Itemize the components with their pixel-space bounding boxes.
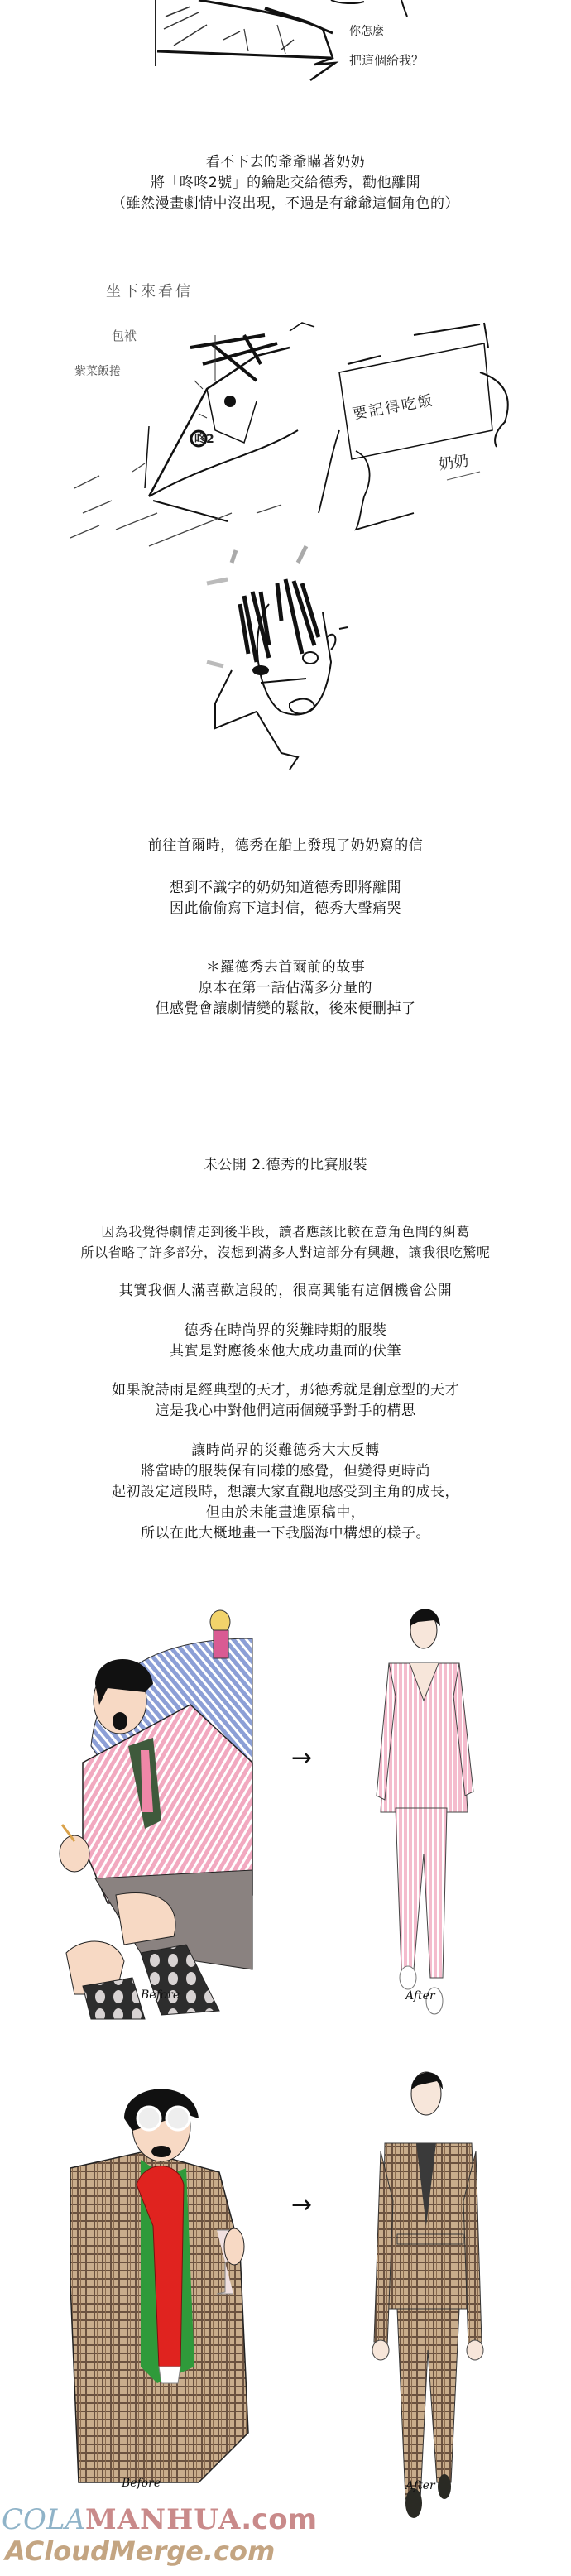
text-line: 其實我個人滿喜歡這段的，很高興能有這個機會公開 [0, 1281, 571, 1302]
arrow-right-icon: → [291, 2193, 312, 2218]
section-title-text: 未公開 2.德秀的比賽服裝 [0, 1155, 571, 1176]
after-label: After [405, 2479, 435, 2492]
paragraph-grandpa-key: 看不下去的爺爺瞞著奶奶 將「咚咚2號」的鑰匙交給德秀，勸他離開 （雖然漫畫劇情中… [0, 152, 571, 214]
paragraph-happy-to-share: 其實我個人滿喜歡這段的，很高興能有這個機會公開 [0, 1281, 571, 1302]
before-pink-illustration [0, 1605, 571, 2019]
watermark-dotcom: .com [241, 2503, 317, 2536]
text-line: 因此偷偷寫下這封信，德秀大聲痛哭 [0, 899, 571, 919]
sketch-grandpa-panel: 你怎麼 把這個給我？ [116, 0, 463, 91]
text-line: 所以在此大概地畫一下我腦海中構想的樣子。 [0, 1523, 571, 1544]
paragraph-note-deleted-story: ＊羅德秀去首爾前的故事 原本在第一話佔滿多分量的 但感覺會讓劇情變的鬆散，後來便… [0, 957, 571, 1019]
text-line: 起初設定這段時，想讓大家直觀地感受到主角的成長， [0, 1482, 571, 1503]
text-line: 但由於未能畫進原稿中， [0, 1503, 571, 1523]
text-line: 讓時尚界的災難德秀大大反轉 [0, 1441, 571, 1461]
paragraph-grandma-letter: 想到不識字的奶奶知道德秀即將離開 因此偷偷寫下這封信，德秀大聲痛哭 [0, 878, 571, 919]
label-kimbap: 紫菜飯捲 [74, 362, 121, 379]
text-line: 但感覺會讓劇情變的鬆散，後來便刪掉了 [0, 999, 571, 1019]
text-line: 因為我覺得劇情走到後半段，讀者應該比較在意角色間的糾葛 [0, 1221, 571, 1242]
boat-drawing [66, 265, 513, 546]
text-line: 看不下去的爺爺瞞著奶奶 [0, 152, 571, 173]
paragraph-letter-on-boat: 前往首爾時，德秀在船上發現了奶奶寫的信 [0, 836, 571, 856]
text-line: 如果說詩雨是經典型的天才，那德秀就是創意型的天才 [0, 1380, 571, 1401]
note-signature-grandma: 奶奶 [437, 449, 469, 475]
watermark-cola: COLA [2, 2503, 85, 2536]
paragraph-omitted-reason: 因為我覺得劇情走到後半段，讀者應該比較在意角色間的糾葛 所以省略了許多部分，沒想… [0, 1221, 571, 1263]
paragraph-reversal: 讓時尚界的災難德秀大大反轉 將當時的服裝保有同樣的感覺，但變得更時尚 起初設定這… [0, 1441, 571, 1544]
speech-text-line-1: 你怎麼 [349, 25, 384, 38]
text-line: 所以省略了許多部分，沒想到滿多人對這部分有興趣，讓我很吃驚呢 [0, 1242, 571, 1263]
text-line: 原本在第一話佔滿多分量的 [0, 978, 571, 999]
paragraph-foreshadowing: 德秀在時尚界的災難時期的服裝 其實是對應後來他大成功畫面的伏筆 [0, 1321, 571, 1362]
crying-face-drawing [190, 546, 381, 786]
comparison-pink-outfit: → Before After [0, 1605, 571, 2019]
watermark-manhua: MANHUA [85, 2503, 241, 2536]
sketch-lines [116, 0, 463, 91]
text-line: 德秀在時尚界的災難時期的服裝 [0, 1321, 571, 1341]
comparison-plaid-outfit: → Before After [0, 2036, 571, 2499]
speech-text-line-2: 把這個給我？ [349, 53, 424, 68]
boat-name-mark: 咚2 [194, 430, 214, 447]
arrow-right-icon: → [291, 1746, 312, 1771]
before-label: Before [122, 2477, 161, 2490]
after-label: After [405, 1989, 435, 2003]
text-line: （雖然漫畫劇情中沒出現，不過是有爺爺這個角色的） [0, 194, 571, 214]
text-line: 前往首爾時，德秀在船上發現了奶奶寫的信 [0, 836, 571, 856]
text-line: ＊羅德秀去首爾前的故事 [0, 957, 571, 978]
caption-sit-read-letter: 坐下來看信 [106, 280, 193, 301]
before-plaid-illustration [0, 2036, 571, 2499]
text-line: 其實是對應後來他大成功畫面的伏筆 [0, 1341, 571, 1362]
paragraph-two-geniuses: 如果說詩雨是經典型的天才，那德秀就是創意型的天才 這是我心中對他們這兩個競爭對手… [0, 1380, 571, 1422]
section-title: 未公開 2.德秀的比賽服裝 [0, 1155, 571, 1176]
label-bundle: 包袱 [112, 327, 137, 344]
before-label: Before [141, 1988, 180, 2002]
sketch-deoksu-crying [190, 546, 381, 786]
text-line: 這是我心中對他們這兩個競爭對手的構思 [0, 1401, 571, 1422]
watermark-colamanhua: COLAMANHUA.com [2, 2506, 317, 2534]
text-line: 想到不識字的奶奶知道德秀即將離開 [0, 878, 571, 899]
sketch-boat-letter-panel: 坐下來看信 包袱 紫菜飯捲 咚2 要記得吃飯 奶奶 [66, 265, 513, 546]
text-line: 將當時的服裝保有同樣的感覺，但變得更時尚 [0, 1461, 571, 1482]
watermark-acloudmerge: ACloudMerge.com [5, 2537, 275, 2565]
text-line: 將「咚咚2號」的鑰匙交給德秀，勸他離開 [0, 173, 571, 194]
